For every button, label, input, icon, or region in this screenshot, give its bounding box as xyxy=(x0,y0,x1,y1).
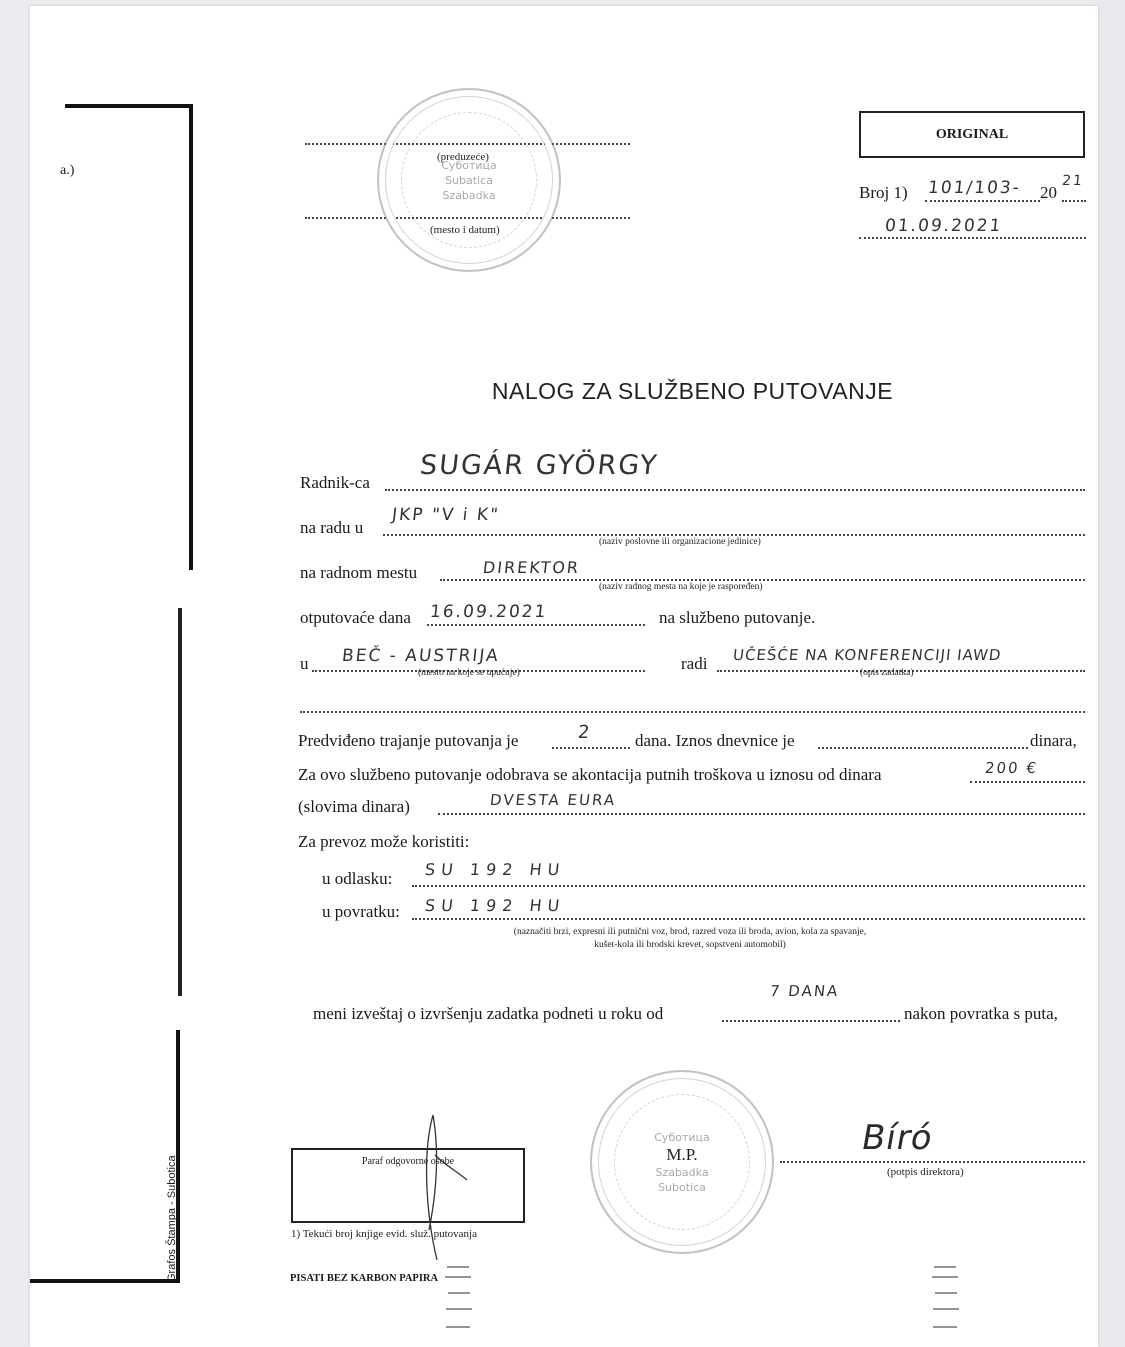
paraf-box: Paraf odgovorne osobe xyxy=(291,1148,525,1223)
scan-mark xyxy=(935,1292,957,1294)
year-line xyxy=(1062,200,1086,202)
return-label: u povratku: xyxy=(322,902,400,922)
year-suffix: 21 xyxy=(1061,173,1085,189)
printer-imprint: Grafos Štampa - Subotica xyxy=(166,1155,178,1282)
report-suffix: nakon povratka s puta, xyxy=(904,1004,1058,1024)
stamp-inner-ring xyxy=(614,1094,750,1230)
scan-mark xyxy=(933,1308,959,1310)
unit-value: JKP "V i K" xyxy=(391,505,501,525)
purpose-label: radi xyxy=(681,654,707,674)
purpose-caption: (opis zadatka) xyxy=(860,668,914,678)
destination-label: u xyxy=(300,654,309,674)
duration-label: Predviđeno trajanje putovanja je xyxy=(298,731,518,751)
outbound-label: u odlasku: xyxy=(322,869,392,889)
scan-mark xyxy=(934,1266,956,1268)
scan-mark xyxy=(446,1308,472,1310)
outbound-value: SU 192 HU xyxy=(424,860,566,879)
advance-label: Za ovo službeno putovanje odobrava se ak… xyxy=(298,765,882,785)
left-margin-fragment: a.) xyxy=(60,163,74,179)
binder-bracket-top xyxy=(65,104,193,108)
unit-caption: (naziv poslovne ili organizacione jedini… xyxy=(599,537,761,547)
paraf-label: Paraf odgovorne osobe xyxy=(293,1156,523,1167)
transport-caption-1: (naznačiti brzi, expresni ili putnični v… xyxy=(0,927,1125,937)
position-label: na radnom mestu xyxy=(300,563,417,583)
scan-mark xyxy=(447,1266,469,1268)
scan-mark xyxy=(446,1326,470,1328)
footnote: 1) Tekući broj knjige evid. služ. putova… xyxy=(291,1228,477,1240)
worker-line xyxy=(385,489,1085,491)
paraf-signature xyxy=(415,1110,475,1270)
director-signature: Bíró xyxy=(858,1118,936,1158)
duration-line xyxy=(552,747,630,749)
words-label: (slovima dinara) xyxy=(298,797,410,817)
outbound-line xyxy=(412,885,1085,887)
page-title: NALOG ZA SLUŽBENO PUTOVANJE xyxy=(0,378,1125,405)
scan-mark xyxy=(445,1276,471,1278)
carbon-note: PISATI BEZ KARBON PAPIRA xyxy=(290,1273,438,1284)
scan-mark xyxy=(933,1326,957,1328)
report-label: meni izveštaj o izvršenju zadatka podnet… xyxy=(313,1004,663,1024)
position-caption: (naziv radnog mesta na koje je raspoređe… xyxy=(599,582,763,592)
duration-value: 2 xyxy=(577,722,593,743)
binder-bracket-bottom xyxy=(30,1279,180,1283)
unit-line xyxy=(383,534,1085,536)
departure-value: 16.09.2021 xyxy=(429,602,548,622)
purpose-value: UČEŠĆE NA KONFERENCIJI IAWD xyxy=(732,646,1002,664)
worker-value: SUGÁR GYÖRGY xyxy=(418,450,660,481)
binder-bracket-line xyxy=(178,608,182,996)
destination-caption: (mesto na koje se upućuje) xyxy=(418,668,520,678)
words-value: DVESTA EURA xyxy=(489,791,617,809)
broj-label: Broj 1) xyxy=(859,183,908,203)
position-value: DIREKTOR xyxy=(482,558,581,577)
destination-value: BEČ - AUSTRIJA xyxy=(341,646,501,666)
advance-line xyxy=(970,781,1085,783)
stamp-inner-ring xyxy=(401,112,537,248)
advance-value: 200 € xyxy=(984,759,1039,777)
report-value: 7 DANA xyxy=(769,982,840,1000)
transport-caption-2: kušet-kola ili brodski krevet, sopstveni… xyxy=(0,940,1125,950)
date-value: 01.09.2021 xyxy=(884,216,1003,236)
departure-line xyxy=(427,624,645,626)
per-diem-suffix: dinara, xyxy=(1030,731,1077,751)
duration-suffix: dana. Iznos dnevnice je xyxy=(635,731,795,751)
position-line xyxy=(440,579,1085,581)
words-line xyxy=(438,813,1085,815)
date-line xyxy=(859,237,1086,239)
broj-line xyxy=(925,200,1040,202)
original-label-box: ORIGINAL xyxy=(859,111,1085,158)
worker-label: Radnik-ca xyxy=(300,473,370,493)
binder-bracket-line xyxy=(189,104,193,570)
purpose-continuation-line xyxy=(300,711,1085,713)
company-stamp-bottom: Суботица M.P. Szabadka Subotica xyxy=(590,1070,774,1254)
company-stamp-top: Суботица Subatica Szabadka xyxy=(377,88,561,272)
transport-label: Za prevoz može koristiti: xyxy=(298,832,469,852)
scan-mark xyxy=(448,1292,470,1294)
broj-value: 101/103- xyxy=(927,178,1022,198)
original-label: ORIGINAL xyxy=(936,127,1008,143)
unit-label: na radu u xyxy=(300,518,363,538)
per-diem-line xyxy=(818,747,1028,749)
signature-caption: (potpis direktora) xyxy=(887,1166,964,1178)
report-line xyxy=(722,1020,900,1022)
year-prefix: 20 xyxy=(1040,183,1057,203)
director-signature-line xyxy=(780,1161,1085,1163)
viewer-background-right xyxy=(1098,0,1125,1347)
return-line xyxy=(412,918,1085,920)
scan-mark xyxy=(932,1276,958,1278)
return-value: SU 192 HU xyxy=(424,896,566,915)
departure-suffix: na službeno putovanje. xyxy=(659,608,815,628)
departure-label: otputovaće dana xyxy=(300,608,411,628)
